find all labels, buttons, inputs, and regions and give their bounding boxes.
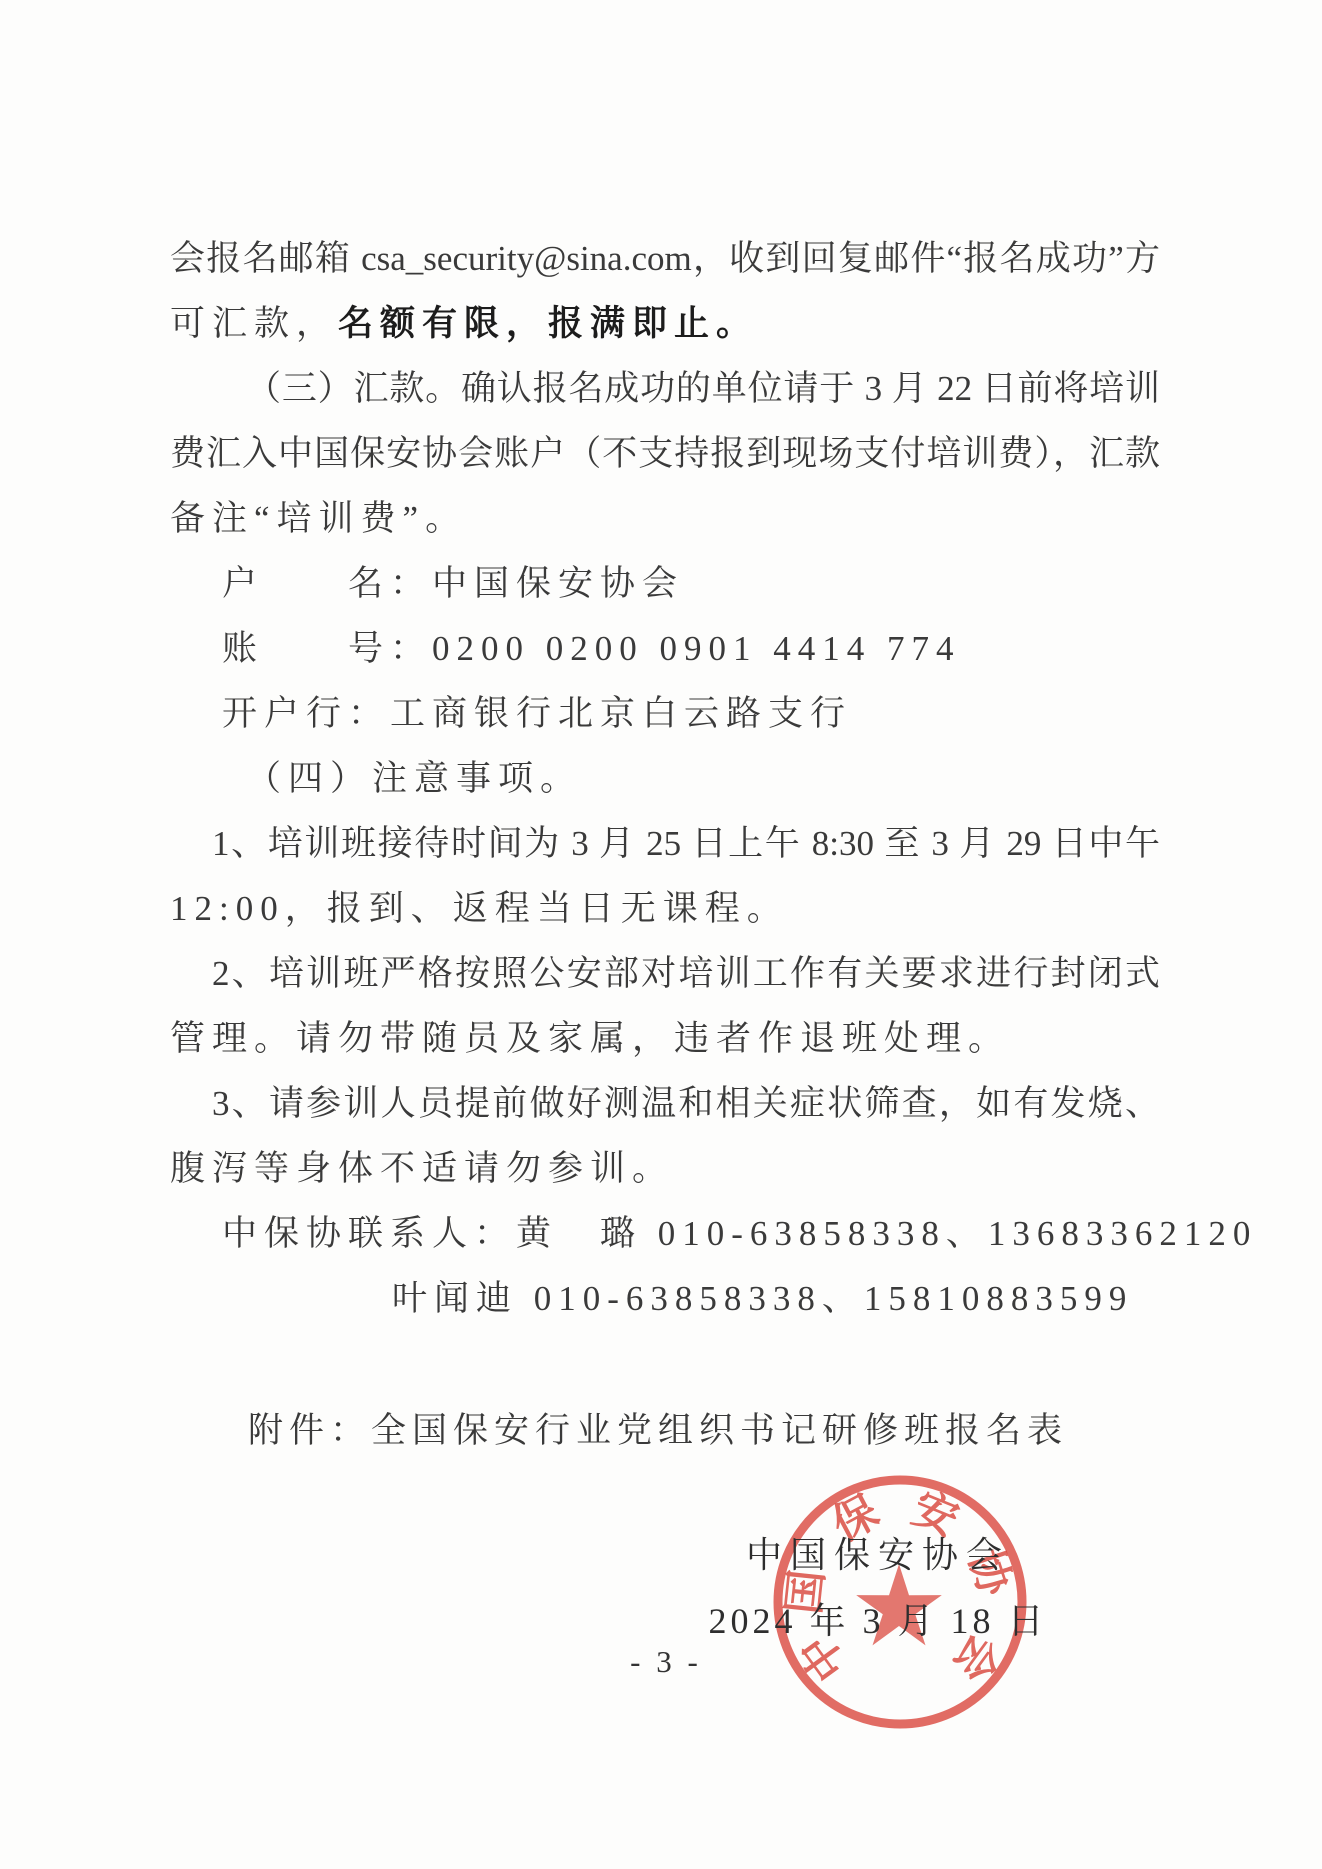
line-note3-cont: 腹泻等身体不适请勿参训。 bbox=[170, 1136, 1160, 1201]
line-contact-2: 叶闻迪 010-63858338、15810883599 bbox=[170, 1266, 1160, 1331]
line-note3-health: 3、请参训人员提前做好测温和相关症状筛查，如有发烧、 bbox=[170, 1071, 1160, 1136]
signature-block: 中国保安协会 2024 年 3 月 18 日 bbox=[640, 1522, 1116, 1654]
line-remit-memo: 备注“培训费”。 bbox=[170, 486, 1160, 551]
line-note1-time: 1、培训班接待时间为 3 月 25 日上午 8:30 至 3 月 29 日中午 bbox=[170, 811, 1160, 876]
signature-date: 2024 年 3 月 18 日 bbox=[640, 1588, 1116, 1654]
line-account-number: 账 号：0200 0200 0901 4414 774 bbox=[170, 616, 1160, 681]
scanned-document-page: { "body": { "l1": "会报名邮箱 csa_security@si… bbox=[0, 0, 1322, 1869]
line-account-name: 户 名：中国保安协会 bbox=[170, 551, 1160, 616]
line-contact-1: 中保协联系人：黄 璐 010-63858338、13683362120 bbox=[170, 1201, 1160, 1266]
line-note2-closed: 2、培训班严格按照公安部对培训工作有关要求进行封闭式 bbox=[170, 941, 1160, 1006]
paper-background: 会报名邮箱 csa_security@sina.com，收到回复邮件“报名成功”… bbox=[0, 0, 1322, 1869]
line-remit-bold: 名额有限，报满即止。 bbox=[338, 304, 758, 343]
line-remit-notice: 可汇款，名额有限，报满即止。 bbox=[170, 291, 1160, 356]
line-note1-cont: 12:00，报到、返程当日无课程。 bbox=[170, 876, 1160, 941]
attachment-line: 附件：全国保安行业党组织书记研修班报名表 bbox=[170, 1398, 1160, 1463]
line-remit-account: 费汇入中国保安协会账户（不支持报到现场支付培训费），汇款 bbox=[170, 421, 1160, 486]
line-sec3-remittance: （三）汇款。确认报名成功的单位请于 3 月 22 日前将培训 bbox=[170, 356, 1160, 421]
line-email: 会报名邮箱 csa_security@sina.com，收到回复邮件“报名成功”… bbox=[170, 226, 1160, 291]
line-note2-cont: 管理。请勿带随员及家属，违者作退班处理。 bbox=[170, 1006, 1160, 1071]
line-sec4-notes: （四）注意事项。 bbox=[170, 746, 1160, 811]
document-body: 会报名邮箱 csa_security@sina.com，收到回复邮件“报名成功”… bbox=[170, 226, 1160, 1331]
line-bank-branch: 开户行：工商银行北京白云路支行 bbox=[170, 681, 1160, 746]
line-remit-normal: 可汇款， bbox=[170, 304, 338, 343]
signature-org: 中国保安协会 bbox=[640, 1522, 1116, 1588]
